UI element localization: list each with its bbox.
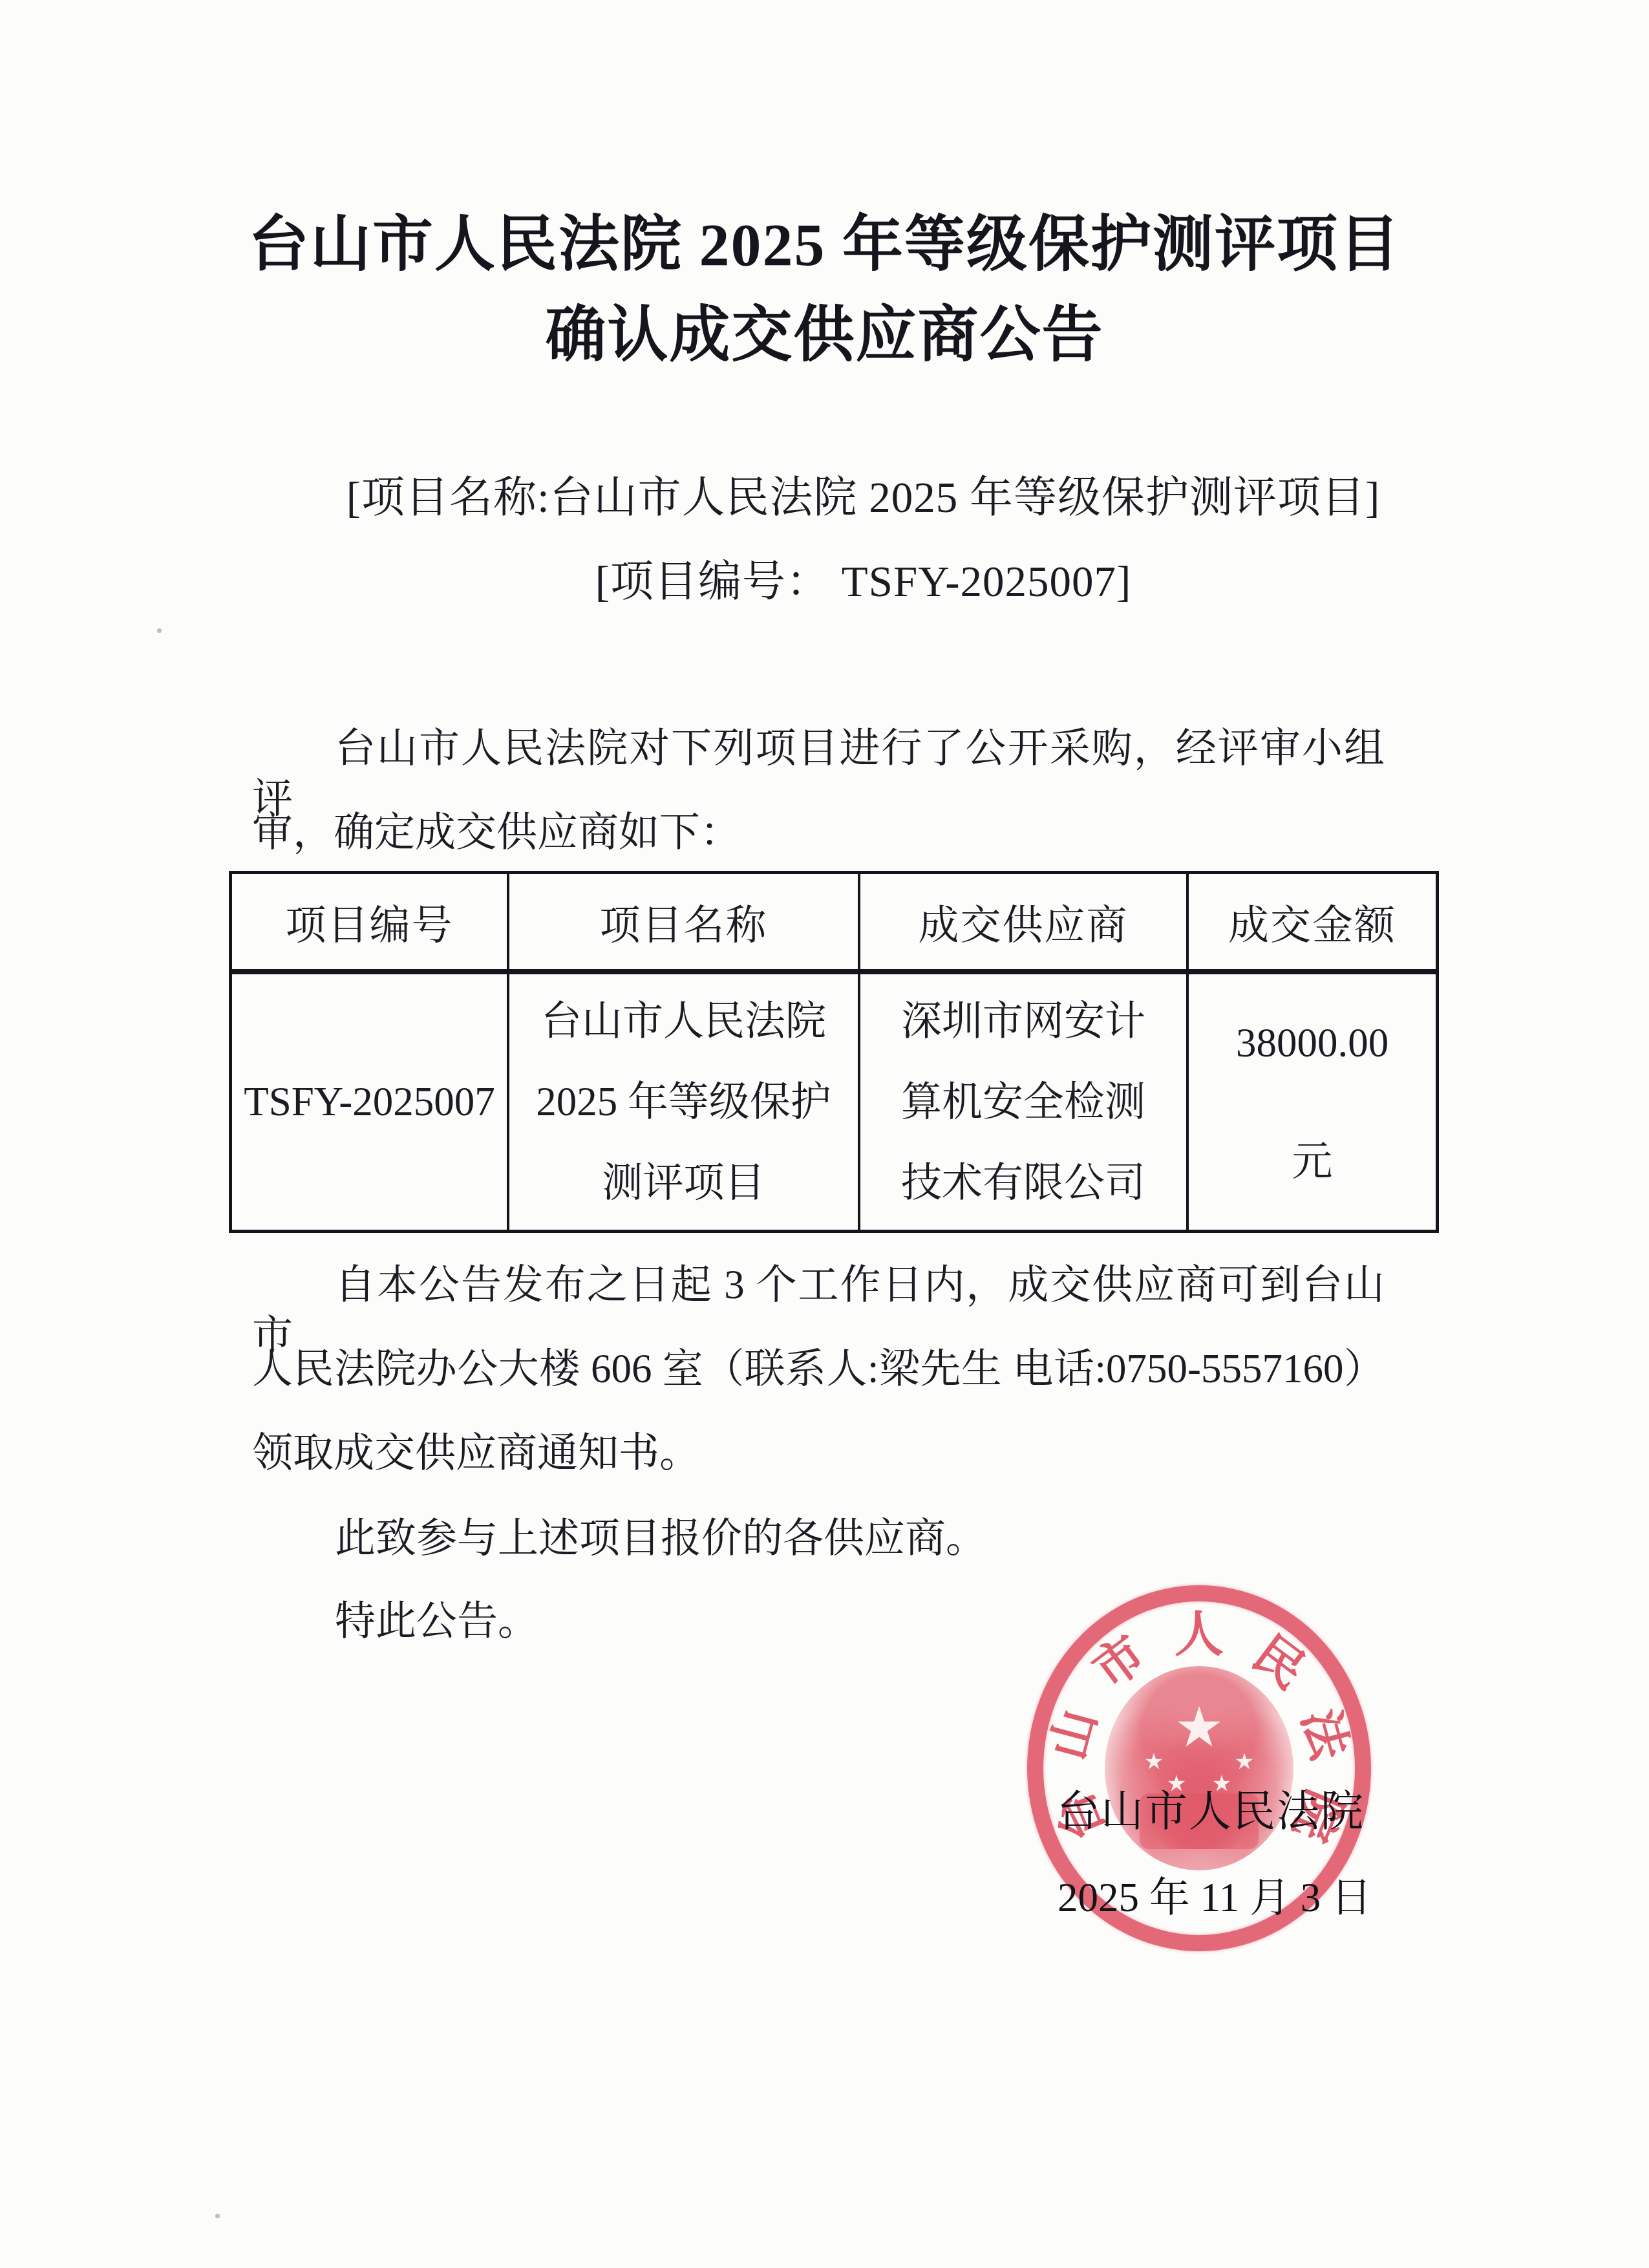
project-name-l1: 台山市人民法院 <box>541 981 826 1062</box>
national-emblem: ★ ★ ★ ★ ★ <box>1105 1666 1293 1870</box>
table-header-project-name: 项目名称 <box>509 874 860 974</box>
table-cell-project-name: 台山市人民法院 2025 年等级保护 测评项目 <box>509 974 860 1230</box>
project-no-value: TSFY-2025007 <box>244 1062 495 1142</box>
project-name-l3: 测评项目 <box>602 1142 765 1223</box>
award-result-table: 项目编号 项目名称 成交供应商 成交金额 TSFY-2025007 台山市人民法… <box>229 871 1439 1233</box>
table-cell-project-no: TSFY-2025007 <box>232 974 509 1230</box>
seal-arc-char: 人 <box>1175 1595 1224 1665</box>
table-cell-amount: 38000.00 元 <box>1189 974 1436 1230</box>
document-title-line-2: 确认成交供应商公告 <box>0 286 1649 373</box>
table-cell-supplier: 深圳市网安计 算机安全检测 技术有限公司 <box>860 974 1189 1230</box>
table-header-amount: 成交金额 <box>1189 874 1436 974</box>
closing-line-1: 此致参与上述项目报价的各供应商。 <box>252 1513 1467 1563</box>
amount-value: 38000.00 <box>1236 1003 1388 1084</box>
project-name-l2: 2025 年等级保护 <box>536 1062 831 1142</box>
scan-speck <box>157 628 162 633</box>
document-title-line-1: 台山市人民法院 2025 年等级保护测评项目 <box>0 195 1649 283</box>
supplier-l1: 深圳市网安计 <box>901 981 1145 1062</box>
intro-paragraph-line-2: 审，确定成交供应商如下： <box>252 807 1385 857</box>
scanned-announcement-page: 台山市人民法院 2025 年等级保护测评项目 确认成交供应商公告 [项目名称:台… <box>0 0 1649 2268</box>
project-number-line: [项目编号： TSFY-2025007] <box>39 547 1649 609</box>
scan-speck <box>215 2214 220 2218</box>
table-header-supplier: 成交供应商 <box>860 874 1189 974</box>
notice-paragraph-line-3: 领取成交供应商通知书。 <box>252 1428 1385 1478</box>
project-name-line: [项目名称:台山市人民法院 2025 年等级保护测评项目] <box>39 463 1649 525</box>
signature-org: 台山市人民法院 <box>1049 1777 1372 1838</box>
notice-paragraph-line-2: 人民法院办公大楼 606 室（联系人:梁先生 电话:0750-5557160） <box>252 1343 1385 1394</box>
star-icon: ★ <box>1174 1700 1224 1755</box>
signature-date: 2025 年 11 月 3 日 <box>1053 1865 1376 1923</box>
star-icon: ★ <box>1235 1751 1254 1773</box>
supplier-l3: 技术有限公司 <box>901 1142 1145 1223</box>
amount-unit: 元 <box>1292 1121 1333 1202</box>
supplier-l2: 算机安全检测 <box>901 1062 1145 1142</box>
table-header-project-no: 项目编号 <box>232 874 509 974</box>
star-icon: ★ <box>1144 1751 1164 1773</box>
